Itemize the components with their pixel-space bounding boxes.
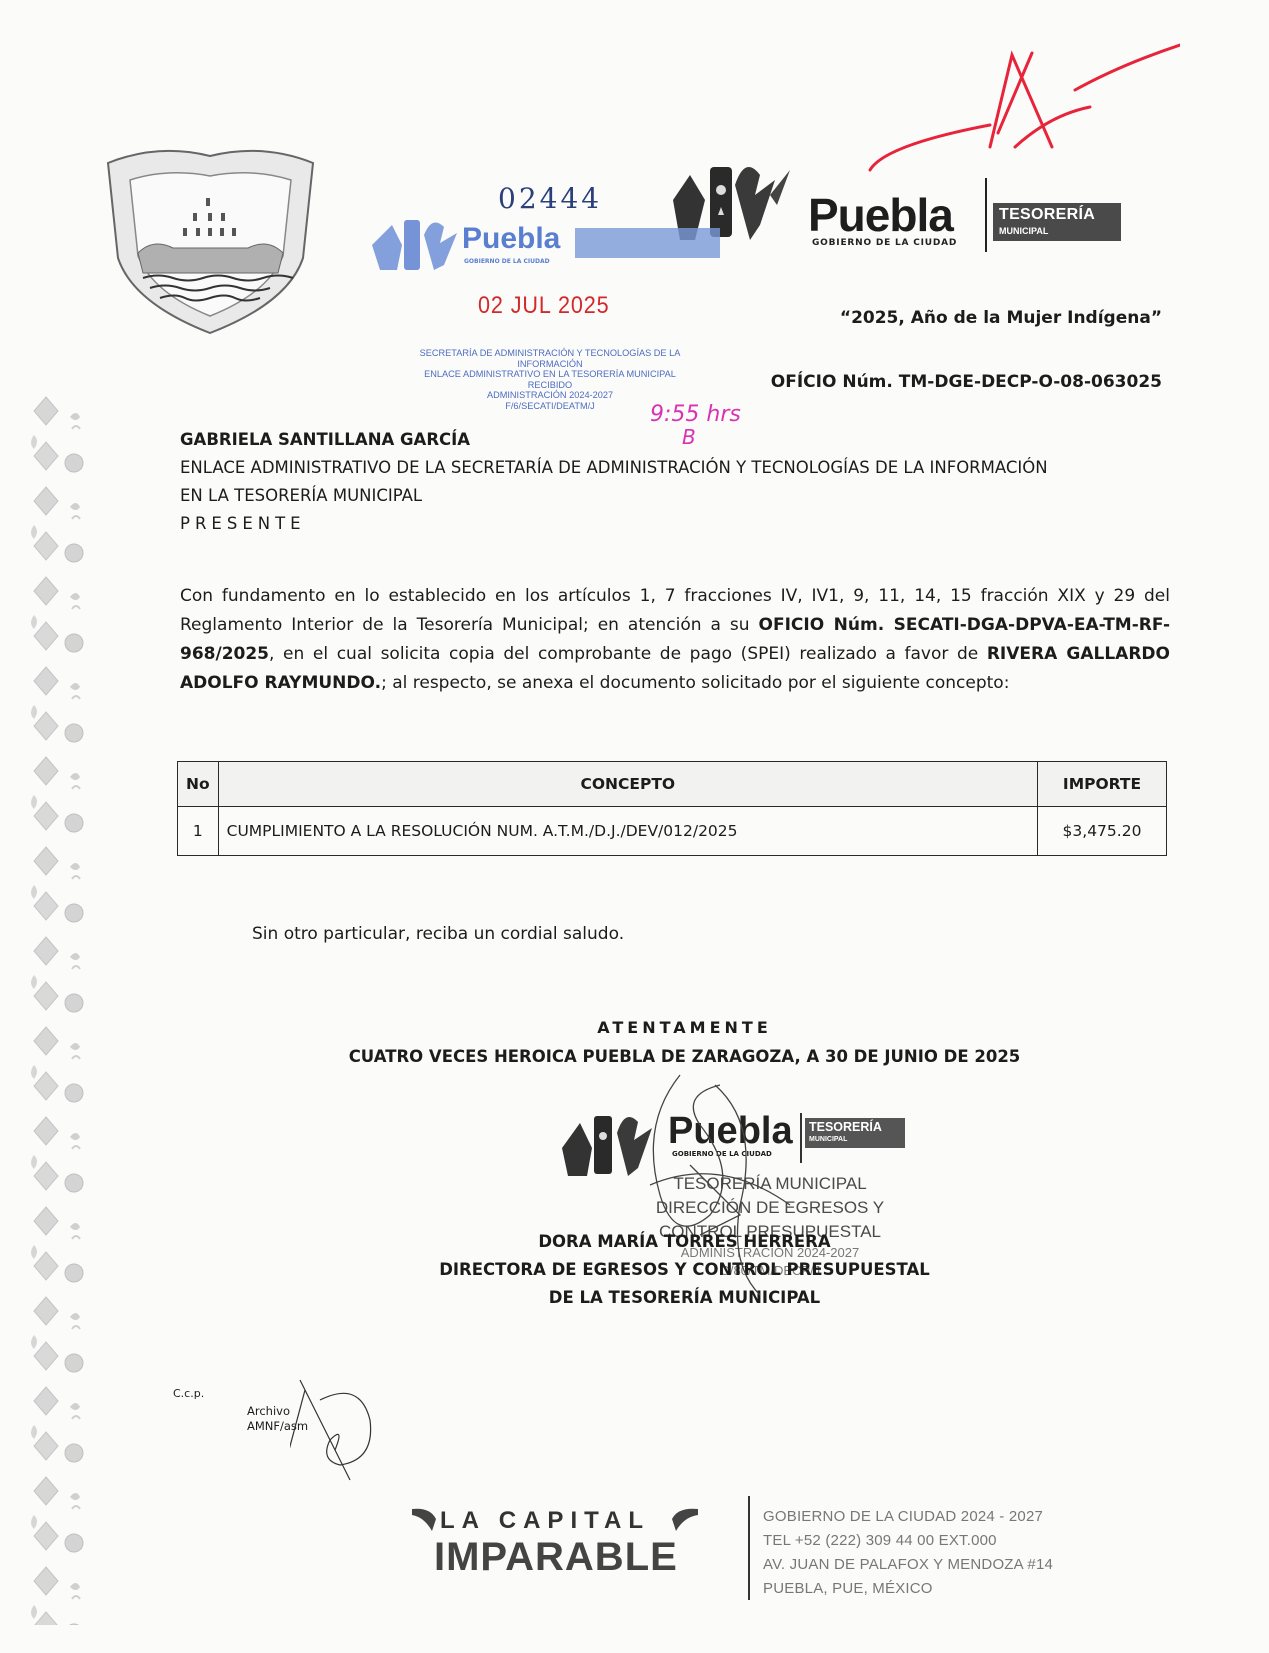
body-text: ; al respecto, se anexa el documento sol…	[381, 673, 1009, 693]
table-row: 1 CUMPLIMIENTO A LA RESOLUCIÓN NUM. A.T.…	[178, 807, 1167, 856]
row-importe: $3,475.20	[1038, 807, 1167, 856]
received-line: INFORMACIÓN	[375, 359, 725, 370]
tesoreria-badge: TESORERÍA MUNICIPAL	[993, 203, 1121, 241]
received-folio-number: 02444	[498, 182, 602, 215]
received-stamp-logo-subtitle: GOBIERNO DE LA CIUDAD	[464, 258, 550, 265]
addressee-name: GABRIELA SANTILLANA GARCÍA	[180, 426, 1170, 454]
footer-line: PUEBLA, PUE, MÉXICO	[763, 1577, 1053, 1601]
footer-line: GOBIERNO DE LA CIUDAD 2024 - 2027	[763, 1505, 1053, 1529]
year-motto: “2025, Año de la Mujer Indígena”	[840, 308, 1162, 328]
header-logo-divider	[985, 178, 987, 252]
footer-slogan-bottom: IMPARABLE	[434, 1535, 678, 1580]
column-header-concepto: CONCEPTO	[218, 762, 1037, 807]
decorative-border	[28, 395, 88, 1625]
footer-line: AV. JUAN DE PALAFOX Y MENDOZA #14	[763, 1553, 1053, 1577]
footer-slogan-top: LA CAPITAL	[440, 1507, 650, 1535]
addressee-block: GABRIELA SANTILLANA GARCÍA ENLACE ADMINI…	[180, 426, 1170, 538]
footer-divider	[748, 1496, 750, 1600]
received-date-stamp: 02 JUL 2025	[478, 292, 610, 320]
handwritten-received-time: 9:55 hrs	[650, 402, 741, 427]
coat-of-arms-logo	[98, 138, 323, 338]
body-text: , en el cual solicita copia del comproba…	[269, 644, 987, 664]
footer-line: TEL +52 (222) 309 44 00 EXT.000	[763, 1529, 1053, 1553]
header-logo-subtitle: GOBIERNO DE LA CIUDAD	[812, 238, 957, 248]
footer-contact: GOBIERNO DE LA CIUDAD 2024 - 2027 TEL +5…	[763, 1505, 1053, 1601]
column-header-no: No	[178, 762, 219, 807]
received-stamp-block	[575, 228, 720, 258]
oficio-number: OFÍCIO Núm. TM-DGE-DECP-O-08-063025	[771, 372, 1162, 392]
row-concepto: CUMPLIMIENTO A LA RESOLUCIÓN NUM. A.T.M.…	[218, 807, 1037, 856]
received-line: ENLACE ADMINISTRATIVO EN LA TESORERÍA MU…	[375, 369, 725, 380]
addressee-position-cont: EN LA TESORERÍA MUNICIPAL	[180, 482, 1170, 510]
place-and-date: CUATRO VECES HEROICA PUEBLA DE ZARAGOZA,…	[0, 1047, 1269, 1066]
addressee-position: ENLACE ADMINISTRATIVO DE LA SECRETARÍA D…	[180, 454, 1170, 482]
handwritten-initials	[860, 35, 1180, 185]
left-wing-icon	[410, 1507, 438, 1533]
atentamente-label: ATENTAMENTE	[0, 1018, 1269, 1037]
received-stamp-logo-text: Puebla	[462, 222, 560, 256]
handwritten-signature	[620, 1065, 880, 1325]
column-header-importe: IMPORTE	[1038, 762, 1167, 807]
received-line: ADMINISTRACIÓN 2024-2027	[375, 390, 725, 401]
concept-table: No CONCEPTO IMPORTE 1 CUMPLIMIENTO A LA …	[177, 761, 1167, 856]
ccp-label: C.c.p.	[173, 1387, 204, 1400]
body-paragraph: Con fundamento en lo establecido en los …	[180, 582, 1170, 698]
handwritten-initials-ccp	[290, 1370, 400, 1490]
row-no: 1	[178, 807, 219, 856]
table-header-row: No CONCEPTO IMPORTE	[178, 762, 1167, 807]
received-line: RECIBIDO	[375, 380, 725, 391]
header-logo-text: Puebla	[808, 188, 953, 242]
tesoreria-subtitle: MUNICIPAL	[999, 226, 1048, 236]
closing-farewell: Sin otro particular, reciba un cordial s…	[252, 924, 624, 944]
presente-label: PRESENTE	[180, 510, 1170, 538]
tesoreria-title: TESORERÍA	[999, 206, 1095, 224]
right-wing-icon	[668, 1507, 700, 1533]
received-line: SECRETARÍA DE ADMINISTRACIÓN Y TECNOLOGÍ…	[375, 348, 725, 359]
